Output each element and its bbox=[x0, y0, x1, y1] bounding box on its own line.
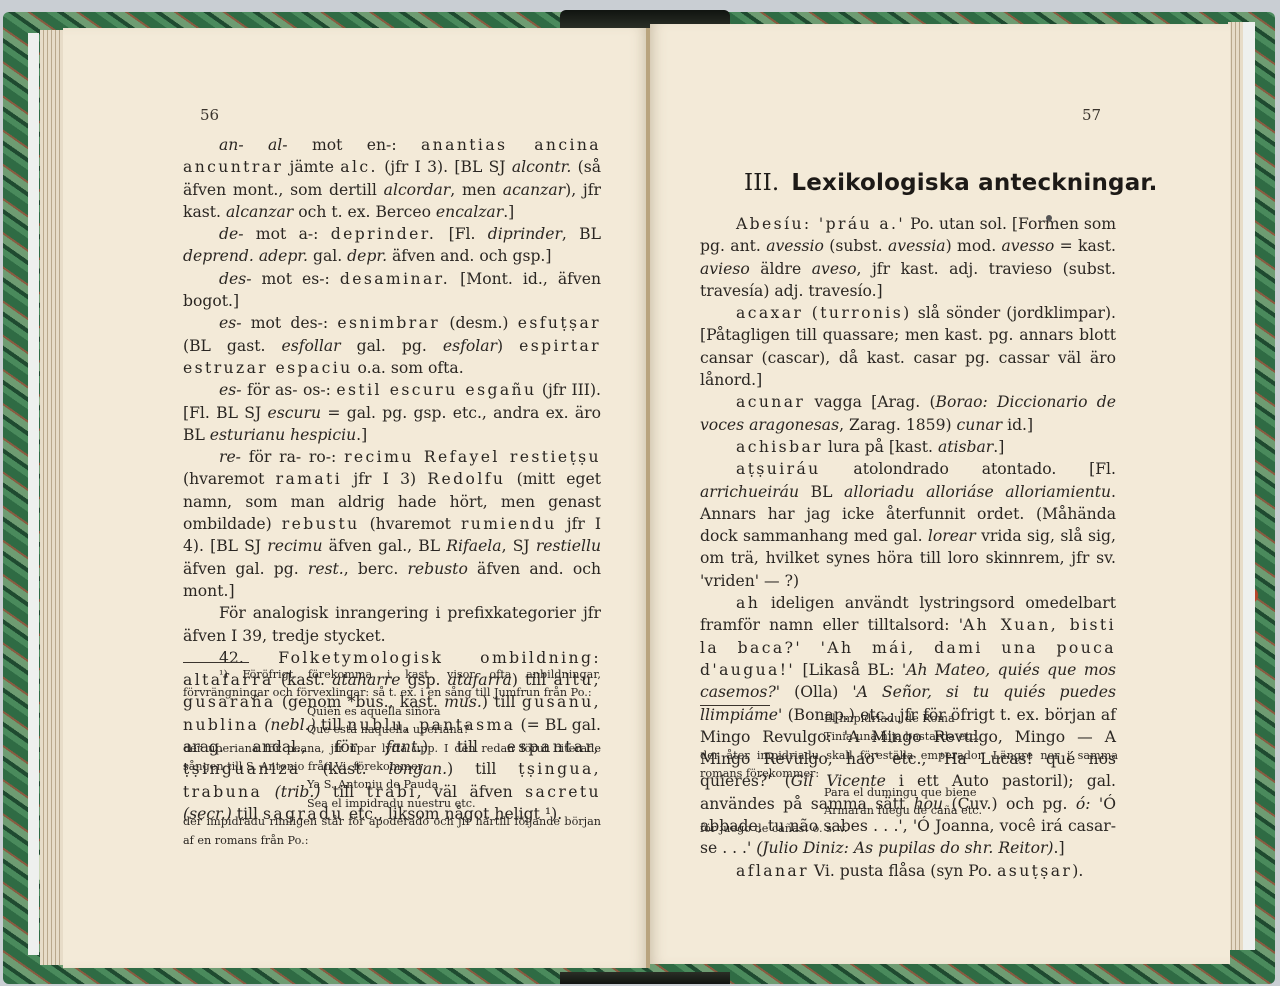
left-page-stack bbox=[40, 30, 64, 965]
book-gutter bbox=[646, 28, 650, 968]
paragraph: För analogisk inrangering i prefixkatego… bbox=[183, 602, 601, 647]
paragraph: acaxar (turronis) slå sönder (jordklimpa… bbox=[700, 302, 1116, 391]
footnote-rule-right bbox=[700, 705, 770, 706]
footnote-line: Para el dumingu que biene bbox=[700, 784, 1118, 802]
footnote-line: Ya S. Antoniu de Pauda bbox=[183, 776, 601, 794]
chapter-title: Lexikologiska anteckningar. bbox=[791, 170, 1157, 196]
footnote-line: Quién es aquella siñora bbox=[183, 703, 601, 721]
right-page-footnote: El impidriadu de RomaTinia una hija bast… bbox=[700, 710, 1118, 839]
paragraph: aflanar Vi. pusta flåsa (syn Po. asuṭṣar… bbox=[700, 860, 1116, 882]
footnote-line: Armarán fuegu de caña etc. bbox=[700, 802, 1118, 820]
footnote-line: ¹) Föröfrigt förekomma i kast. visor oft… bbox=[183, 666, 601, 703]
footnote-line: Que está naquella uperiana? bbox=[183, 721, 601, 739]
ink-speck bbox=[1046, 215, 1052, 221]
footnote-line: der åter impidriadu skall föreställa emp… bbox=[700, 747, 1118, 784]
paragraph: es- för as- os-: estil escuru esgañu (jf… bbox=[183, 379, 601, 446]
left-page-footnote: ¹) Föröfrigt förekomma i kast. visor oft… bbox=[183, 666, 601, 850]
paragraph: de- mot a-: deprinder. [Fl. diprinder, B… bbox=[183, 223, 601, 268]
right-page-edge bbox=[1243, 22, 1255, 950]
paragraph: Abesíu: 'práu a.' Po. utan sol. [Formen … bbox=[700, 213, 1116, 302]
footnote-line: El impidriadu de Roma bbox=[700, 710, 1118, 728]
paragraph: des- mot es-: desaminar. [Mont. id., äfv… bbox=[183, 268, 601, 313]
footnote-line: för juego de cañas! o. s. v. bbox=[700, 820, 1118, 838]
paragraph: re- för ra- ro-: recimu Refayel restieṭṣ… bbox=[183, 446, 601, 602]
footnote-line: der impidradu rimligen står för apoderad… bbox=[183, 813, 601, 850]
footnote-line: der uperiana för peana, jfr upar lyfta u… bbox=[183, 740, 601, 777]
paragraph: an- al- mot en-: anantias ancina ancuntr… bbox=[183, 134, 601, 223]
paragraph: aṭṣuiráu atolondrado atontado. [Fl. arri… bbox=[700, 458, 1116, 592]
page-number-right: 57 bbox=[1082, 106, 1101, 124]
footnote-line: Tinia una hija bastarda etc. bbox=[700, 728, 1118, 746]
footnote-line: Sea el impidradu nuestru etc. bbox=[183, 795, 601, 813]
book-spine-bottom bbox=[560, 972, 730, 984]
right-page-stack bbox=[1228, 22, 1244, 950]
footnote-rule-left bbox=[183, 662, 249, 663]
chapter-heading: III.Lexikologiska anteckningar. bbox=[744, 170, 1158, 196]
left-page-edge bbox=[28, 33, 39, 955]
paragraph: acunar vagga [Arag. (Borao: Diccionario … bbox=[700, 391, 1116, 436]
paragraph: achisbar lura på [kast. atisbar.] bbox=[700, 436, 1116, 458]
chapter-numeral: III. bbox=[744, 170, 779, 196]
page-number-left: 56 bbox=[200, 106, 219, 124]
paragraph: es- mot des-: esnimbrar (desm.) esfuṭṣar… bbox=[183, 312, 601, 379]
